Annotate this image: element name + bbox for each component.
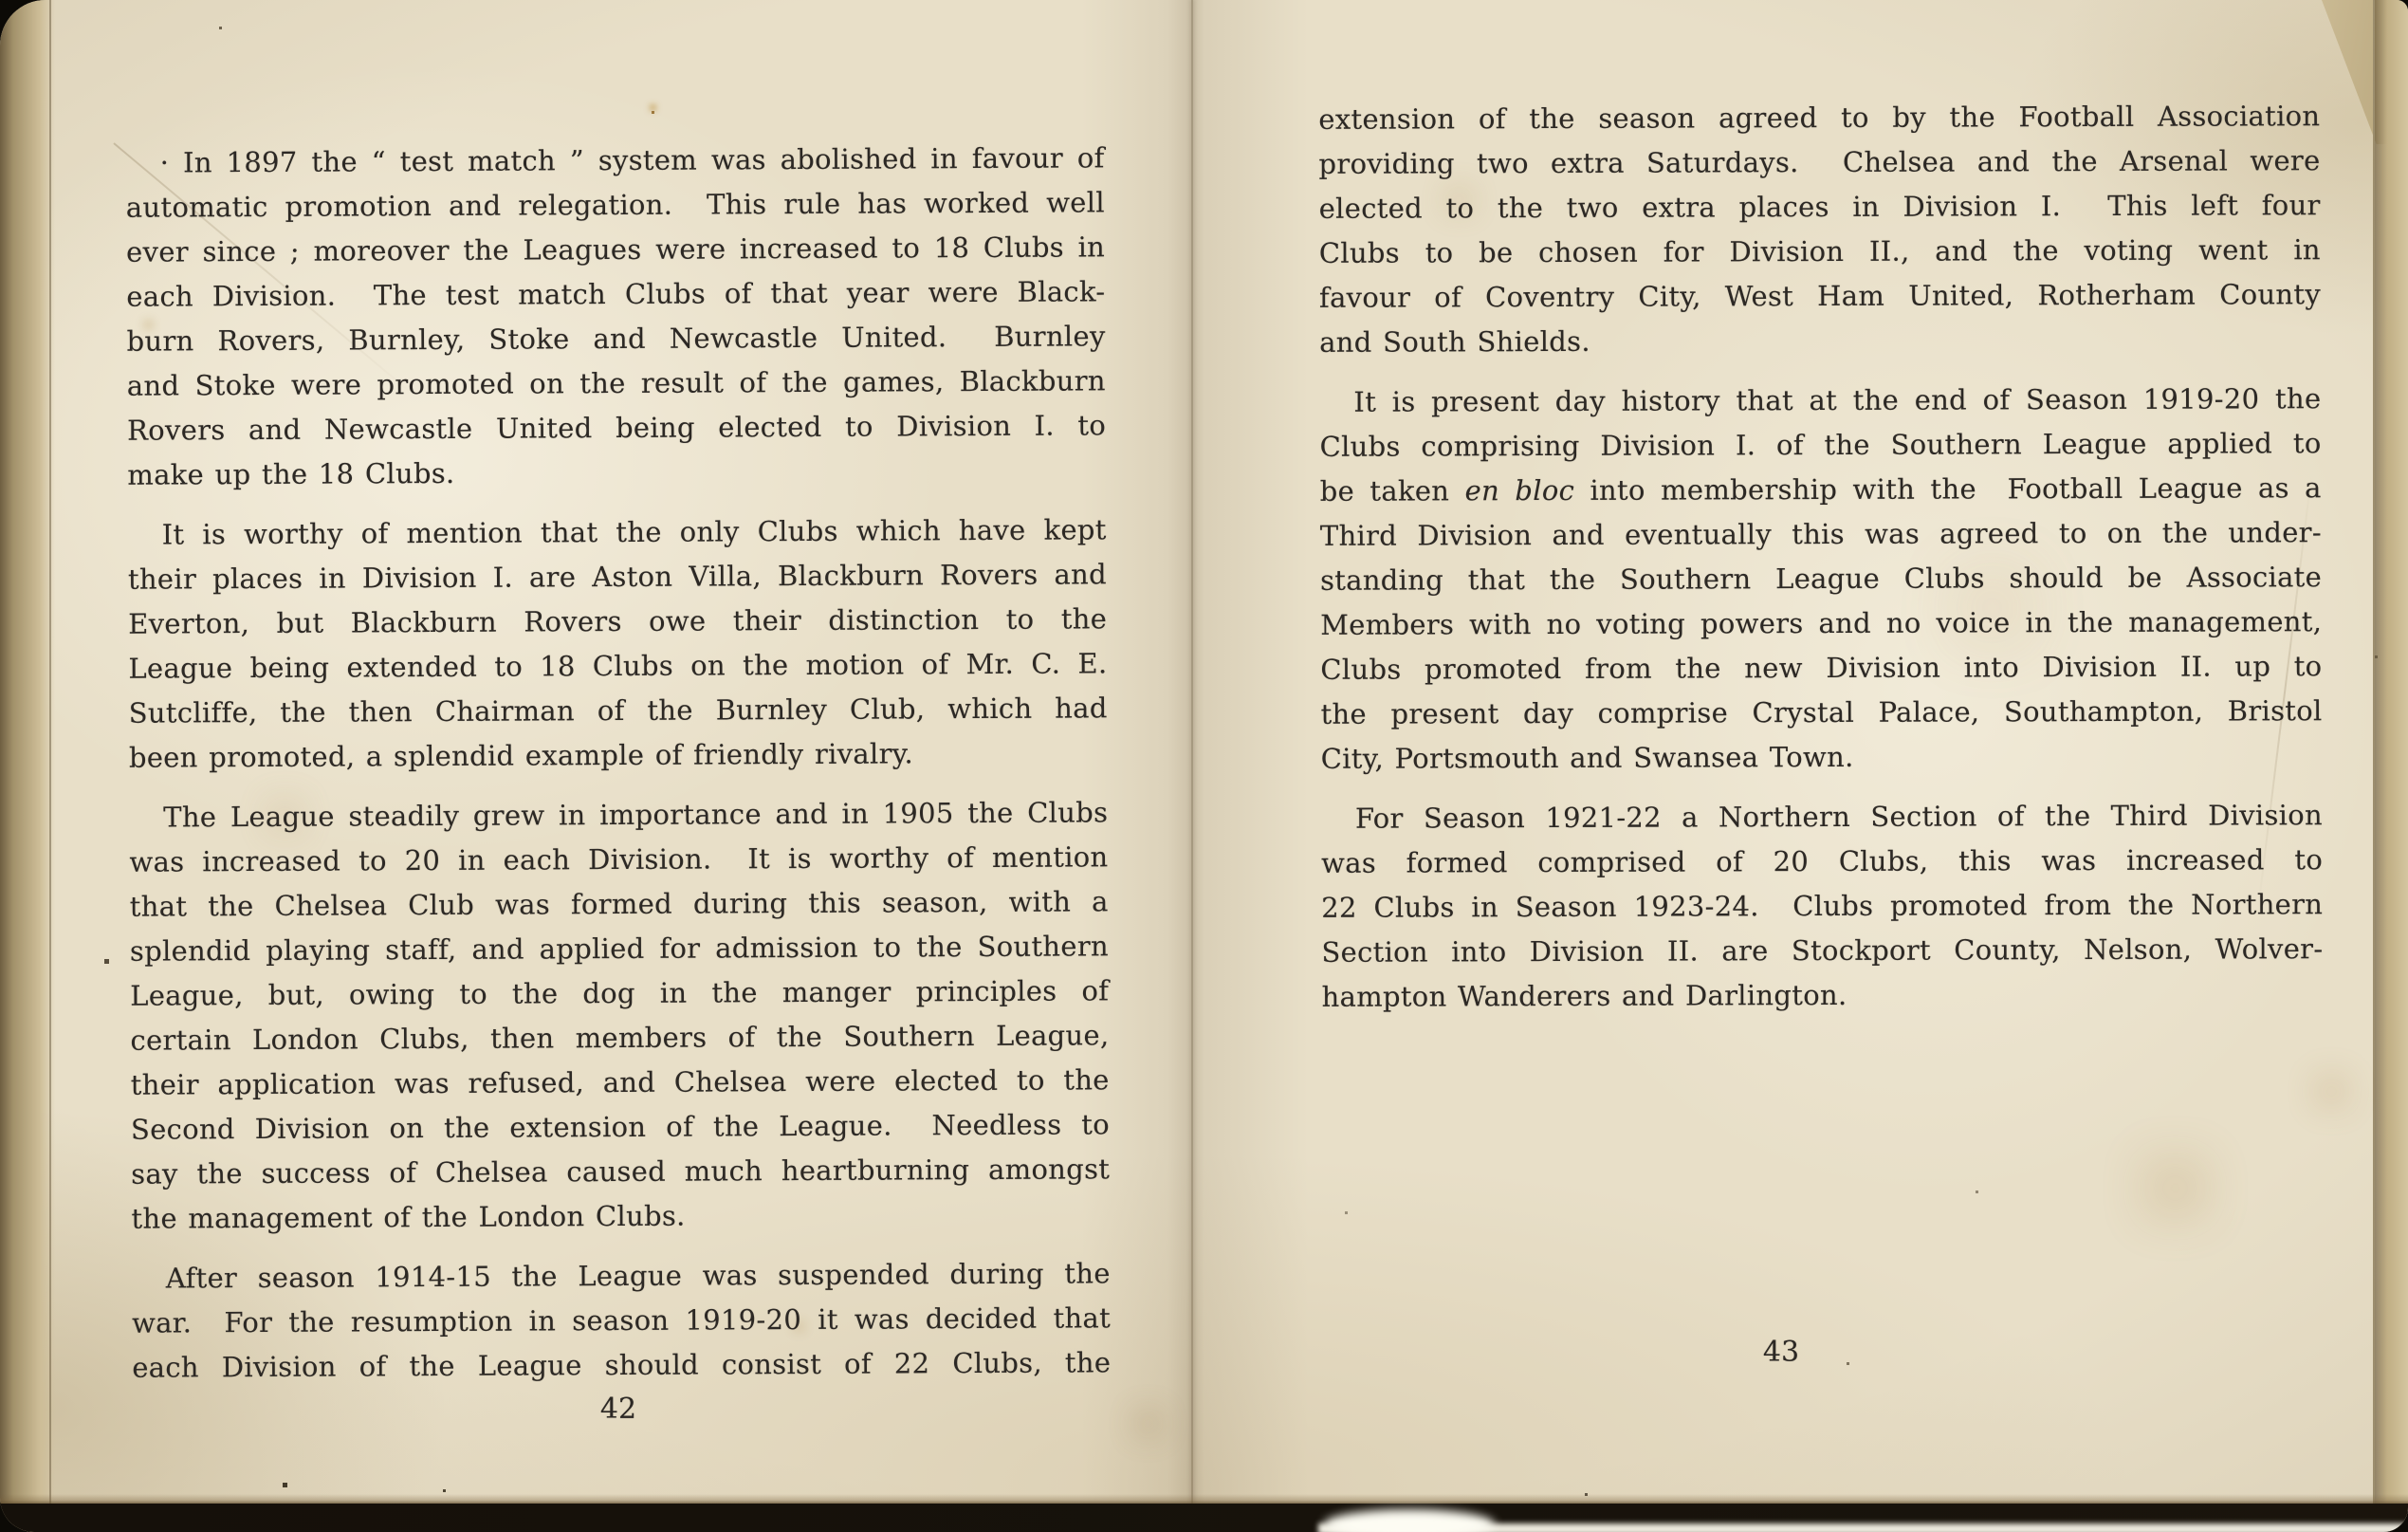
paragraph: It is worthy of mention that the only Cl…: [128, 508, 1108, 780]
text-line: been promoted, a splendid example of fri…: [129, 730, 1108, 780]
text-line: extension of the season agreed to by the…: [1318, 94, 2320, 142]
text-line: each Division of the League should consi…: [132, 1340, 1111, 1390]
right-page-edge: [2373, 0, 2408, 1532]
paragraph: After season 1914-15 the League was susp…: [132, 1251, 1112, 1390]
text-line: their places in Division I. are Aston Vi…: [128, 552, 1107, 601]
text-line: favour of Coventry City, West Ham United…: [1319, 272, 2321, 321]
page-left-text: · In 1897 the “ test match ” system was …: [126, 136, 1112, 1405]
text-line: It is worthy of mention that the only Cl…: [128, 508, 1107, 557]
text-line: be taken en bloc into membership with th…: [1320, 466, 2322, 514]
text-line: say the success of Chelsea caused much h…: [131, 1147, 1110, 1196]
text-line: For Season 1921-22 a Northern Section of…: [1321, 793, 2323, 841]
book-spread: · In 1897 the “ test match ” system was …: [0, 0, 2408, 1532]
text-line: was increased to 20 in each Division. It…: [129, 835, 1108, 884]
text-line: make up the 18 Clubs.: [127, 448, 1106, 497]
text-line: elected to the two extra places in Divis…: [1319, 183, 2321, 231]
text-line: Clubs promoted from the new Division int…: [1320, 644, 2322, 692]
text-line: 22 Clubs in Season 1923-24. Clubs promot…: [1321, 882, 2323, 931]
text-line: was formed comprised of 20 Clubs, this w…: [1321, 838, 2323, 886]
text-line: League, but, owing to the dog in the man…: [130, 969, 1109, 1018]
page-number-right: 43: [1280, 1336, 2282, 1369]
paragraph: It is present day history that at the en…: [1319, 377, 2322, 782]
text-line: Section into Division II. are Stockport …: [1321, 927, 2323, 975]
text-line: war. For the resumption in season 1919-2…: [132, 1296, 1111, 1345]
text-line: After season 1914-15 the League was susp…: [132, 1251, 1111, 1301]
text-line: their application was refused, and Chels…: [131, 1058, 1110, 1107]
text-line: the present day comprise Crystal Palace,…: [1320, 689, 2322, 737]
text-line: The League steadily grew in importance a…: [129, 790, 1108, 840]
paragraph: extension of the season agreed to by the…: [1318, 94, 2321, 365]
ink-specks: [0, 0, 1, 1]
text-line: burn Rovers, Burnley, Stoke and Newcastl…: [127, 314, 1106, 363]
paragraph: · In 1897 the “ test match ” system was …: [126, 136, 1107, 497]
text-line: ever since ; moreover the Leagues were i…: [126, 225, 1105, 274]
spine-shadow: [1081, 0, 1309, 1532]
text-line: automatic promotion and relegation. This…: [126, 180, 1105, 230]
paragraph: The League steadily grew in importance a…: [129, 790, 1110, 1241]
spine-crease: [1191, 0, 1193, 1532]
paragraph: For Season 1921-22 a Northern Section of…: [1321, 793, 2324, 1020]
page-number-left: 42: [129, 1393, 1108, 1426]
text-line: Clubs to be chosen for Division II., and…: [1319, 228, 2321, 276]
text-line: the management of the London Clubs.: [131, 1191, 1110, 1241]
text-line: City, Portsmouth and Swansea Town.: [1321, 733, 2323, 782]
page-right-text: extension of the season agreed to by the…: [1318, 94, 2323, 1035]
text-line: splendid playing staff, and applied for …: [130, 924, 1109, 973]
text-line: certain London Clubs, then members of th…: [130, 1013, 1109, 1062]
text-line: providing two extra Saturdays. Chelsea a…: [1318, 138, 2320, 187]
text-line: hampton Wanderers and Darlington.: [1322, 971, 2324, 1020]
text-line: It is present day history that at the en…: [1319, 377, 2321, 425]
text-line: · In 1897 the “ test match ” system was …: [126, 136, 1105, 185]
left-cover-edge: [0, 0, 55, 1532]
text-line: Everton, but Blackburn Rovers owe their …: [128, 597, 1107, 646]
text-line: each Division. The test match Clubs of t…: [126, 269, 1105, 319]
text-line: standing that the Southern League Clubs …: [1320, 555, 2322, 603]
text-line: Clubs comprising Division I. of the Sout…: [1319, 421, 2321, 470]
text-line: Second Division on the extension of the …: [131, 1102, 1110, 1152]
text-line: and South Shields.: [1319, 317, 2321, 365]
text-line: League being extended to 18 Clubs on the…: [128, 641, 1107, 691]
text-line: Third Division and eventually this was a…: [1320, 510, 2322, 559]
text-line: and Stoke were promoted on the result of…: [127, 359, 1106, 408]
text-line: that the Chelsea Club was formed during …: [130, 879, 1109, 929]
text-line: Members with no voting powers and no voi…: [1320, 600, 2322, 648]
light-gap: [1324, 1509, 1495, 1532]
text-line: Rovers and Newcastle United being electe…: [127, 403, 1106, 452]
text-line: Sutcliffe, the then Chairman of the Burn…: [129, 686, 1108, 735]
